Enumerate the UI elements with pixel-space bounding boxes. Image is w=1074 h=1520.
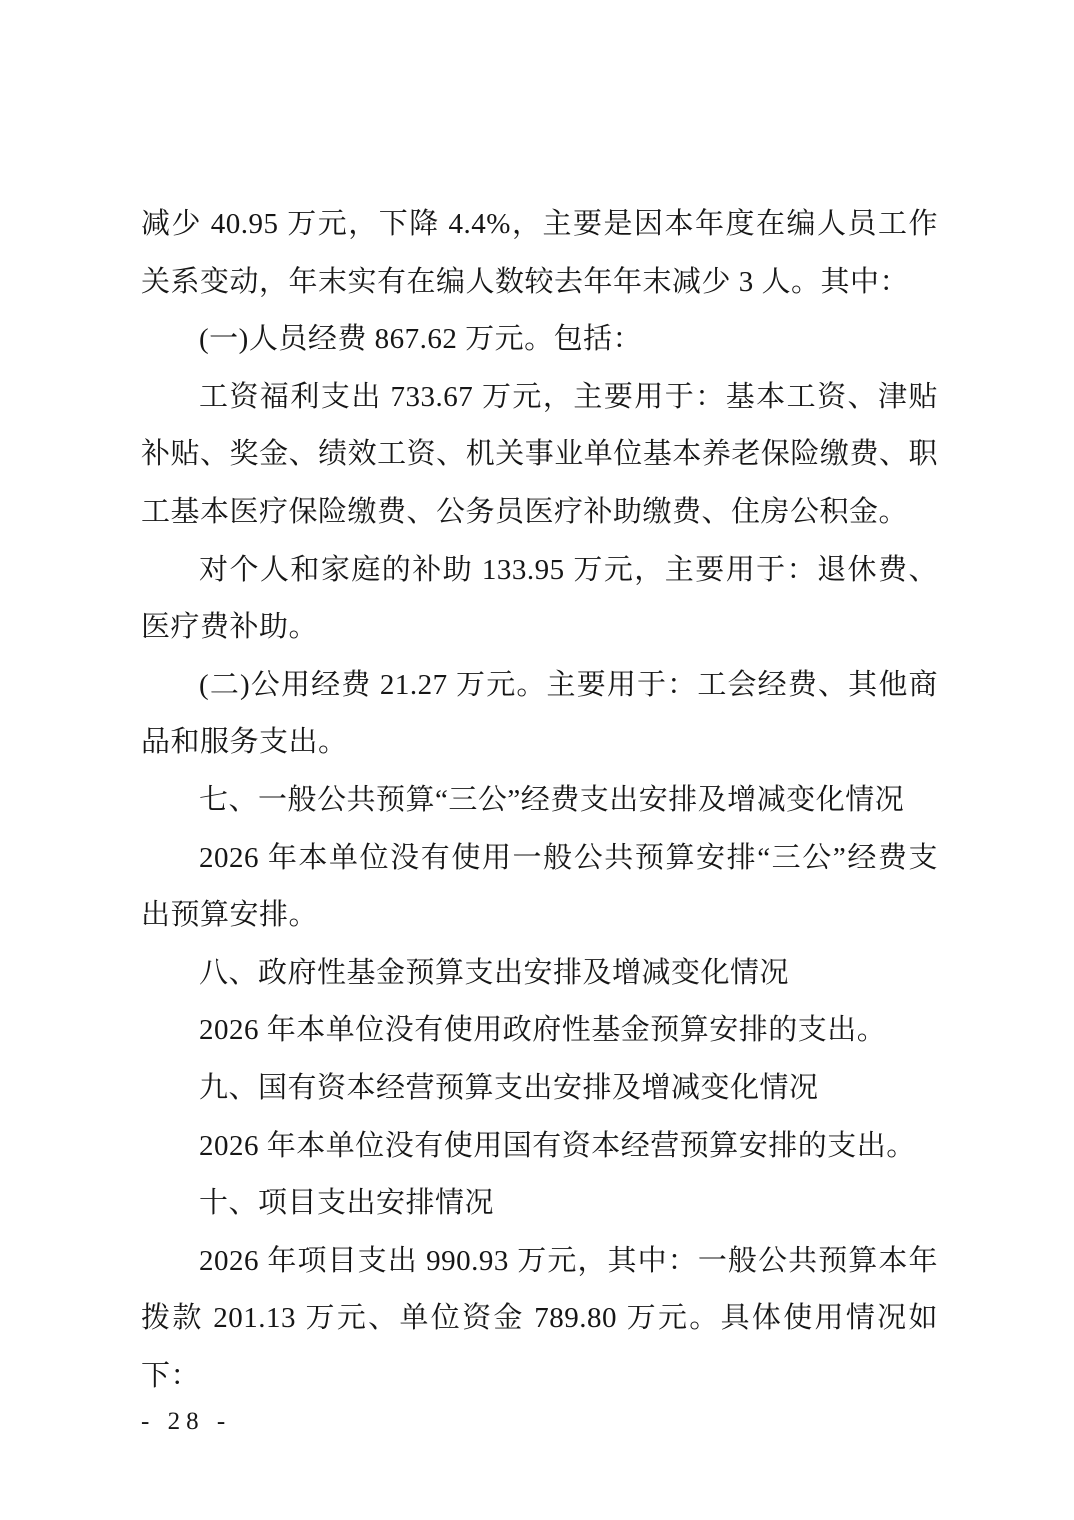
paragraph-section-9-body: 2026 年本单位没有使用国有资本经营预算安排的支出。: [141, 1118, 938, 1176]
document-page: 减少 40.95 万元，下降 4.4%，主要是因本年度在编人员工作关系变动，年末…: [0, 0, 1074, 1520]
paragraph-continued: 减少 40.95 万元，下降 4.4%，主要是因本年度在编人员工作关系变动，年末…: [141, 196, 938, 311]
paragraph-personnel-funds: (一)人员经费 867.62 万元。包括：: [141, 311, 938, 369]
paragraph-section-10-body: 2026 年项目支出 990.93 万元，其中：一般公共预算本年拨款 201.1…: [141, 1233, 938, 1406]
section-heading-10: 十、项目支出安排情况: [141, 1175, 938, 1233]
document-body: 减少 40.95 万元，下降 4.4%，主要是因本年度在编人员工作关系变动，年末…: [141, 196, 938, 1405]
paragraph-section-8-body: 2026 年本单位没有使用政府性基金预算安排的支出。: [141, 1002, 938, 1060]
paragraph-public-funds: (二)公用经费 21.27 万元。主要用于：工会经费、其他商品和服务支出。: [141, 657, 938, 772]
page-number: - 28 -: [141, 1408, 231, 1436]
paragraph-individual-family-subsidy: 对个人和家庭的补助 133.95 万元，主要用于：退休费、医疗费补助。: [141, 542, 938, 657]
paragraph-salary-welfare: 工资福利支出 733.67 万元，主要用于：基本工资、津贴补贴、奖金、绩效工资、…: [141, 369, 938, 542]
paragraph-section-7-body: 2026 年本单位没有使用一般公共预算安排“三公”经费支出预算安排。: [141, 830, 938, 945]
section-heading-8: 八、政府性基金预算支出安排及增减变化情况: [141, 945, 938, 1003]
section-heading-9: 九、国有资本经营预算支出安排及增减变化情况: [141, 1060, 938, 1118]
section-heading-7: 七、一般公共预算“三公”经费支出安排及增减变化情况: [141, 772, 938, 830]
